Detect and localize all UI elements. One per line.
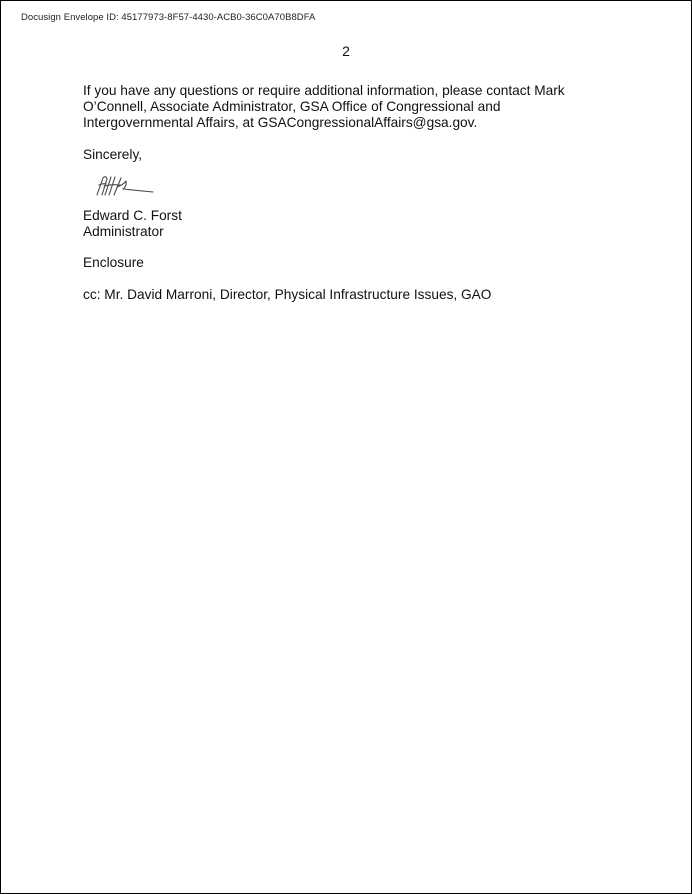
contact-paragraph-line: Intergovernmental Affairs, at GSACongres… <box>83 115 565 131</box>
docusign-envelope-id: Docusign Envelope ID: 45177973-8F57-4430… <box>21 12 315 23</box>
closing-salutation: Sincerely, <box>83 147 142 163</box>
enclosure-label: Enclosure <box>83 255 144 271</box>
signer-title: Administrator <box>83 224 164 240</box>
contact-paragraph: If you have any questions or require add… <box>83 83 565 131</box>
contact-paragraph-line: O’Connell, Associate Administrator, GSA … <box>83 99 565 115</box>
contact-paragraph-line: If you have any questions or require add… <box>83 83 565 99</box>
cc-line: cc: Mr. David Marroni, Director, Physica… <box>83 287 491 303</box>
signer-name: Edward C. Forst <box>83 208 182 224</box>
document-page: Docusign Envelope ID: 45177973-8F57-4430… <box>0 0 692 894</box>
page-number: 2 <box>1 43 691 59</box>
signature-icon <box>93 173 157 199</box>
